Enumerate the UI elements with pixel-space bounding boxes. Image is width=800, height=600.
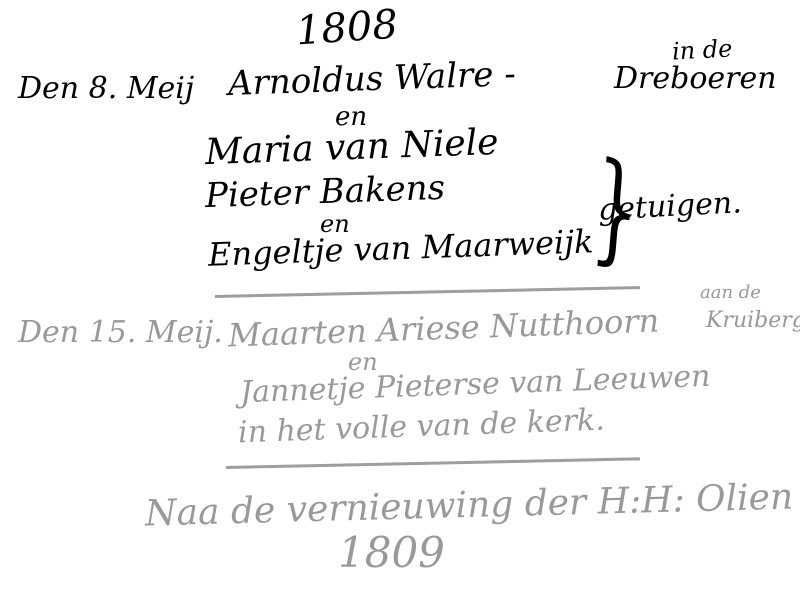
entry-2-groom: Maarten Ariese Nutthoorn: [228, 304, 660, 351]
entry-2-place-line-1: aan de: [700, 284, 761, 302]
entry-1-date: Den 8. Meij: [18, 74, 194, 104]
entry-1-place-line-2: Dreboeren: [614, 64, 777, 94]
entry-1-bride: Maria van Niele: [204, 125, 499, 171]
separator-line-2: [226, 457, 640, 469]
entry-1-groom: Arnoldus Walre -: [227, 57, 516, 101]
separator-line-1: [215, 286, 640, 298]
entry-1-witnesses-label: getuigen.: [597, 188, 742, 225]
entry-2-place-line-2: Kruiberg: [706, 310, 800, 332]
entry-2-bride: Jannetje Pieterse van Leeuwen: [240, 362, 711, 408]
entry-2-date: Den 15. Meij.: [18, 318, 223, 348]
entry-1-witness-2: Engeltje van Maarweijk: [208, 225, 594, 270]
footer-year: 1809: [338, 532, 445, 574]
footer-note: Naa de vernieuwing der H:H: Olien: [145, 480, 794, 533]
entry-1-year: 1808: [295, 4, 399, 51]
entry-2-note: in het volle van de kerk.: [238, 406, 606, 449]
entry-1-witness-1: Pieter Bakens: [204, 171, 445, 213]
entry-1-place-line-1: in de: [671, 36, 733, 63]
